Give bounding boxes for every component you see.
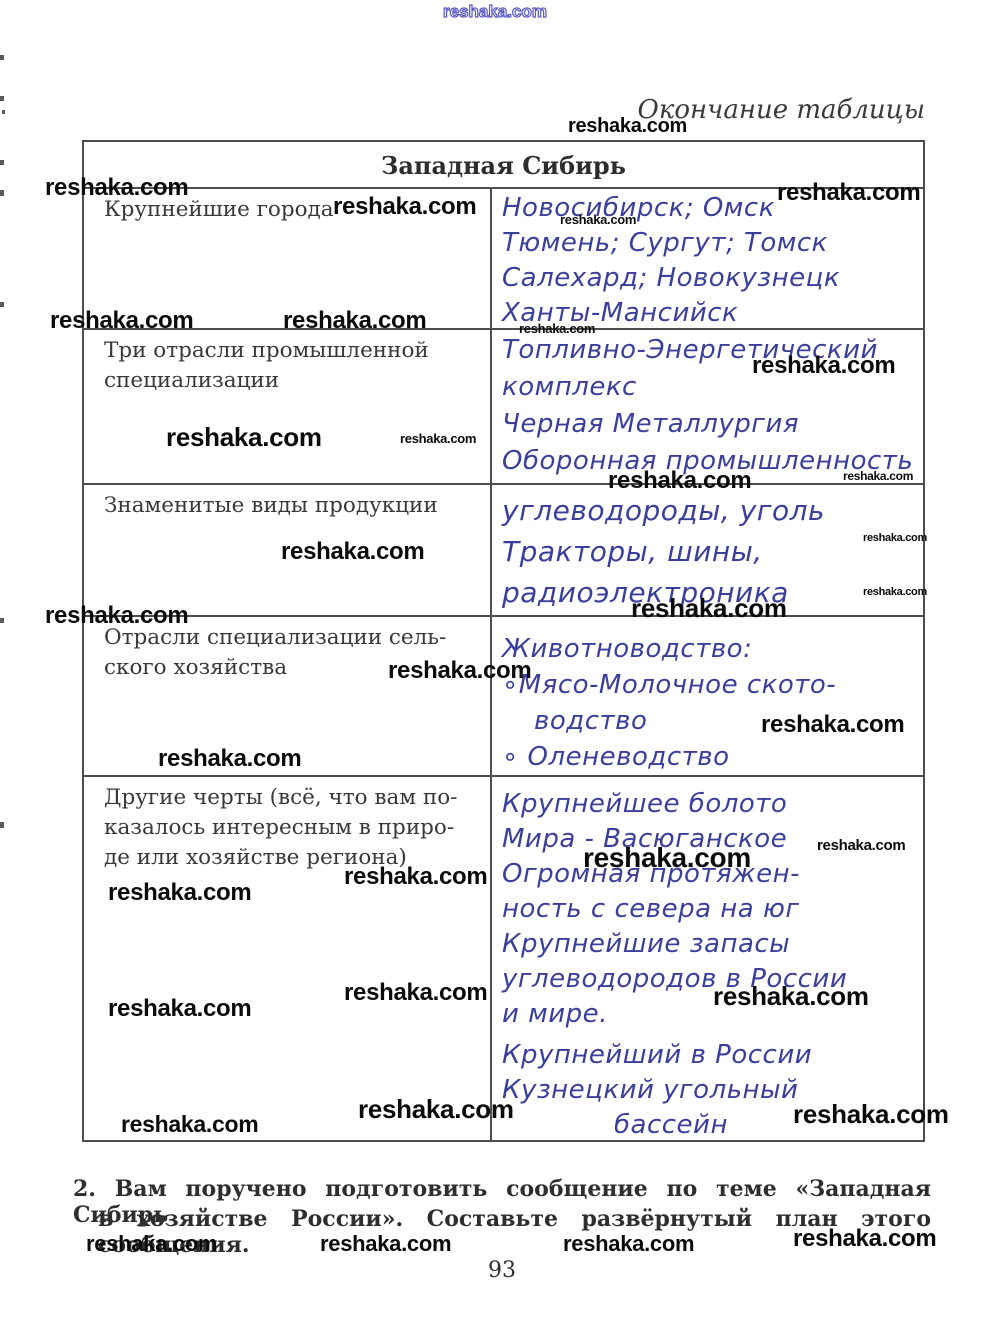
watermark: reshaka.com xyxy=(50,309,193,333)
question-cell: Другие черты (всё, что вам по-казалось и… xyxy=(84,777,490,1140)
handwritten-answer-line: Крупнейшие запасы xyxy=(502,927,923,962)
handwritten-answer-line: ∘ Оленеводство xyxy=(502,739,923,775)
watermark: reshaka.com xyxy=(631,595,787,621)
watermark: reshaka.com xyxy=(843,470,913,482)
watermark: reshaka.com xyxy=(560,213,636,226)
handwritten-answer-line: Животноводство: xyxy=(502,631,923,667)
watermark: reshaka.com xyxy=(400,432,476,445)
table-row-cities: Крупнейшие города Новосибирск; ОмскТюмен… xyxy=(84,189,923,330)
watermark: reshaka.com xyxy=(793,1227,936,1251)
watermark: reshaka.com xyxy=(320,1233,451,1255)
watermark: reshaka.com xyxy=(863,533,927,544)
question-text-line: Знаменитые виды продукции xyxy=(104,491,478,521)
scan-speck xyxy=(0,96,4,101)
scan-speck xyxy=(0,190,4,196)
watermark: reshaka.com xyxy=(713,983,869,1009)
watermark: reshaka.com xyxy=(388,659,531,683)
handwritten-answer-line: Крупнейший в России xyxy=(502,1038,923,1073)
watermark: reshaka.com xyxy=(158,747,301,771)
scan-speck xyxy=(0,160,4,165)
watermark: reshaka.com xyxy=(358,1096,514,1122)
watermark: reshaka.com xyxy=(519,322,595,335)
question-text-line: специализации xyxy=(104,366,478,396)
handwritten-answer-line: Крупнейшее болото xyxy=(502,787,923,822)
question-text-line: казалось интересным в приро- xyxy=(104,813,478,843)
watermark: reshaka.com xyxy=(777,181,920,205)
watermark: reshaka.com xyxy=(817,838,905,853)
watermark: reshaka.com xyxy=(793,1101,949,1127)
watermark: reshaka.com xyxy=(333,195,476,219)
handwritten-answer-line: Салехард; Новокузнецк xyxy=(502,261,923,296)
scan-speck xyxy=(0,55,4,60)
page-number: 93 xyxy=(73,1258,931,1283)
answer-cell: Животноводство:∘Мясо-Молочное ското-водс… xyxy=(490,617,923,775)
watermark: reshaka.com xyxy=(761,713,904,737)
watermark: reshaka.com xyxy=(108,997,251,1021)
question-text-line: Три отрасли промышленной xyxy=(104,336,478,366)
handwritten-answer-line: Тюмень; Сургут; Томск xyxy=(502,226,923,261)
question-cell: Три отрасли промышленнойспециализации xyxy=(84,330,490,483)
watermark: reshaka.com xyxy=(583,844,751,872)
watermark: reshaka.com xyxy=(344,865,487,889)
handwritten-answer-line: углеводороды, уголь xyxy=(502,490,923,531)
scanned-workbook-page: Окончание таблицы Западная Сибирь Крупне… xyxy=(0,0,1000,1339)
scan-speck xyxy=(0,618,4,623)
watermark: reshaka.com xyxy=(568,116,687,136)
watermark: reshaka.com xyxy=(108,881,251,905)
watermark: reshaka.com xyxy=(443,3,547,20)
watermark: reshaka.com xyxy=(121,1113,258,1136)
scan-speck xyxy=(0,822,4,828)
watermark: reshaka.com xyxy=(752,354,895,378)
watermark: reshaka.com xyxy=(344,981,487,1005)
watermark: reshaka.com xyxy=(45,176,188,200)
scan-speck xyxy=(2,110,5,114)
handwritten-answer-line: Черная Металлургия xyxy=(502,406,923,443)
handwritten-answer-line: ∘Мясо-Молочное ското- xyxy=(502,667,923,703)
watermark: reshaka.com xyxy=(281,540,424,564)
table-row-other-features: Другие черты (всё, что вам по-казалось и… xyxy=(84,777,923,1140)
watermark: reshaka.com xyxy=(563,1233,694,1255)
watermark: reshaka.com xyxy=(283,309,426,333)
handwritten-answer-line: Тракторы, шины, xyxy=(502,531,923,572)
watermark: reshaka.com xyxy=(863,587,927,598)
watermark: reshaka.com xyxy=(45,604,188,628)
watermark: reshaka.com xyxy=(608,469,751,493)
scan-speck xyxy=(0,302,4,307)
answer-cell: Крупнейшее болотоМира - ВасюганскоеОгром… xyxy=(490,777,923,1140)
watermark: reshaka.com xyxy=(86,1233,217,1255)
answer-cell: Новосибирск; ОмскТюмень; Сургут; ТомскСа… xyxy=(490,189,923,328)
handwritten-answer-line: ность с севера на юг xyxy=(502,892,923,927)
table-row-products: Знаменитые виды продукции углеводороды, … xyxy=(84,485,923,617)
watermark: reshaka.com xyxy=(166,424,322,450)
question-text-line: Другие черты (всё, что вам по- xyxy=(104,783,478,813)
